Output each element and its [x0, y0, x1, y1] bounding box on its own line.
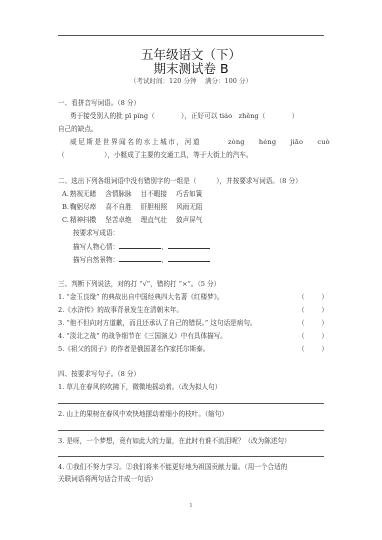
paren-open: （: [298, 306, 305, 315]
section1-pinyin: zòng héng jiāo cuò: [222, 138, 336, 147]
answer-line-3[interactable]: [58, 456, 324, 457]
answer-paren-5[interactable]: （）: [298, 345, 328, 354]
option-label: B.: [62, 203, 69, 212]
pinyin-4: cuò: [317, 138, 330, 147]
word: 鞠躬尽瘁: [70, 203, 96, 212]
section2-item2: 描写自然景物：、: [73, 255, 210, 265]
pinyin-2: héng: [259, 138, 276, 147]
paren-close: ）: [321, 319, 328, 328]
answer-line-1[interactable]: [58, 403, 324, 404]
word: 肝胆相照: [141, 203, 167, 212]
answer-paren-3[interactable]: （）: [298, 319, 328, 328]
sentence-item-4: 4. ①我们不努力学习。②我们将来不能更好地为祖国贡献力量。（用一个合适的: [58, 463, 287, 472]
section2-item1: 描写人物心情：、: [73, 242, 210, 252]
section1-heading: 一、看拼音写词语。（8 分）: [58, 99, 140, 108]
option-b[interactable]: B.鞠躬尽瘁喜不自胜肝胆相照风雨无阻: [62, 203, 211, 212]
section2-heading: 二、选出下列各组词语中没有错别字的一组是（ ），并按要求写词语。（8 分）: [58, 177, 302, 186]
answer-paren-4[interactable]: （）: [298, 332, 328, 341]
word: 含情脉脉: [105, 190, 131, 199]
section4-heading: 四、按要求写句子。（8 分）: [58, 370, 140, 379]
section1-p1b: 自己的缺点。: [58, 125, 98, 134]
paren-close: ）: [321, 293, 328, 302]
paren-open: （: [298, 293, 305, 302]
blank-field[interactable]: [119, 255, 161, 262]
word: 风雨无阻: [176, 203, 202, 212]
word: 熟视无睹: [70, 190, 96, 199]
separator: 、: [161, 256, 168, 264]
sentence-item-2: 2. 山上的果树在春风中欢快地摆动着细小的枝叶。（缩句）: [58, 410, 228, 419]
section2-instruction: 按要求写成语：: [73, 229, 119, 238]
judge-item-2: 2.《水浒传》的故事背景发生在清朝末年。: [58, 306, 183, 315]
paren-open: （: [298, 345, 305, 354]
item-label: 描写自然景物：: [73, 256, 119, 264]
sentence-item-3: 3. 是呀，一个梦想，竟有如此大的力量，在此时有谁不流泪呢？（改为陈述句）: [58, 437, 291, 446]
exam-subtitle-b: 期末测试卷 B: [0, 61, 382, 76]
word: 喜不自胜: [105, 203, 131, 212]
blank-field[interactable]: [168, 242, 210, 249]
option-label: A.: [62, 190, 69, 199]
paren-close: ）: [321, 332, 328, 341]
page-number: 1: [0, 503, 382, 509]
sentence-item-4-cont: 关联词语将两句话合并成一句话）: [58, 475, 157, 484]
separator: 、: [161, 243, 168, 251]
pinyin-3: jiāo: [290, 138, 303, 147]
blank-field[interactable]: [168, 255, 210, 262]
word: 坚苦卓绝: [105, 216, 131, 225]
section1-p2b: （ ），小艇成了主要的交通工具，等于大街上的汽车。: [58, 151, 253, 160]
paren-close: ）: [321, 306, 328, 315]
judge-item-4: 4. “淡北之战” 的战争细节在《三国演义》中有具体描写。: [58, 332, 227, 341]
answer-paren-2[interactable]: （）: [298, 306, 328, 315]
word: 理直气壮: [141, 216, 167, 225]
judge-item-3: 3. “他不但向对方道歉，而且还承认了自己的错误。” 这句话是病句。: [58, 319, 257, 328]
paren-close: ）: [321, 345, 328, 354]
answer-paren-1[interactable]: （）: [298, 293, 328, 302]
section3-heading: 三、判断下列说法，对的打 “√”，错的打 “×”。（5 分）: [58, 280, 220, 289]
sentence-item-1: 1. 草儿在春风的吹拂下，微微地摇动着。（改为拟人句）: [58, 383, 221, 392]
paren-open: （: [298, 319, 305, 328]
section1-p2a: 威尼斯是世界闻名的水上城市，河道: [70, 138, 201, 147]
answer-line-2[interactable]: [58, 430, 324, 431]
word: 精神抖擞: [70, 216, 96, 225]
word: 目不暇接: [141, 190, 167, 199]
word: 敛声屏气: [176, 216, 202, 225]
blank-field[interactable]: [119, 242, 161, 249]
section1-p1a: 勇于接受别人的批 pī píng（ ），正好可以 tiáo zhěng（ ）: [70, 112, 298, 121]
item-label: 描写人物心情：: [73, 243, 119, 251]
exam-title: 五年级语文（下）: [0, 47, 382, 62]
exam-page: 五年级语文（下） 期末测试卷 B （考试时间：120 分钟 满分：100 分） …: [0, 0, 382, 540]
option-a[interactable]: A.熟视无睹含情脉脉目不暇接巧舌如簧: [62, 190, 211, 199]
pinyin-1: zòng: [228, 138, 245, 147]
judge-item-5: 5.《祖父的园子》的作者是俄国著名作家托尔斯泰。: [58, 345, 209, 354]
option-c[interactable]: C.精神抖擞坚苦卓绝理直气壮敛声屏气: [62, 216, 211, 225]
header-rule: [58, 35, 324, 36]
exam-meta: （考试时间：120 分钟 满分：100 分）: [0, 76, 382, 85]
judge-item-1: 1. “金玉良缘” 的典故出自中国经典四大名著《红楼梦》。: [58, 293, 224, 302]
option-label: C.: [62, 216, 69, 225]
paren-open: （: [298, 332, 305, 341]
word: 巧舌如簧: [176, 190, 202, 199]
